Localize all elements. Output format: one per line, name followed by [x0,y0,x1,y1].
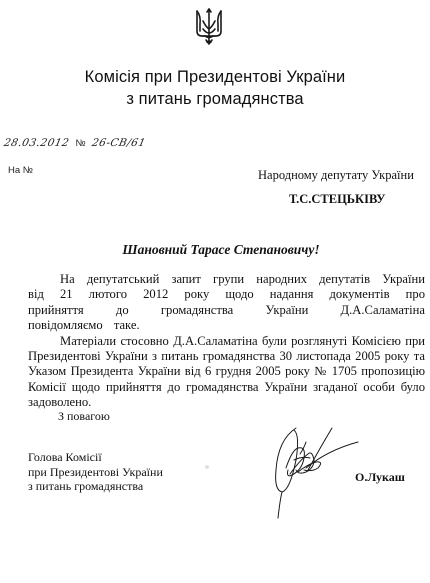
org-title-line-1: Комісія при Президентові України [0,66,430,88]
letter-body: На депутатський запит групи народних деп… [28,272,425,411]
reply-to-label: На № [8,165,33,176]
addressee-position: Народному депутату України [258,168,414,183]
handwritten-signature-icon [268,420,368,520]
trident-coat-of-arms-icon [194,7,224,49]
body-paragraph: Матеріали стосовно Д.А.Саламатіна були р… [28,334,425,411]
scan-artifact [205,465,209,469]
addressee-name: Т.С.СТЕЦЬКІВУ [289,192,385,207]
org-title-line-2: з питань громадянства [0,88,430,110]
number-sign: № [75,138,85,149]
signatory-title-line: Голова Комісії [28,450,163,465]
registration-number: 26-СВ/61 [91,137,147,149]
body-paragraph: На депутатський запит групи народних деп… [28,272,425,334]
closing: З повагою [58,409,110,424]
salutation: Шановний Тарасе Степановичу! [0,242,430,258]
outgoing-registration: 28.03.2012 № 26-СВ/61 [4,137,146,149]
signatory-title-line: з питань громадянства [28,479,163,494]
signatory-title: Голова Комісії при Президентові України … [28,450,163,494]
registration-date: 28.03.2012 [3,137,71,149]
signatory-title-line: при Президентові України [28,465,163,480]
signatory-name: О.Лукаш [355,470,405,485]
